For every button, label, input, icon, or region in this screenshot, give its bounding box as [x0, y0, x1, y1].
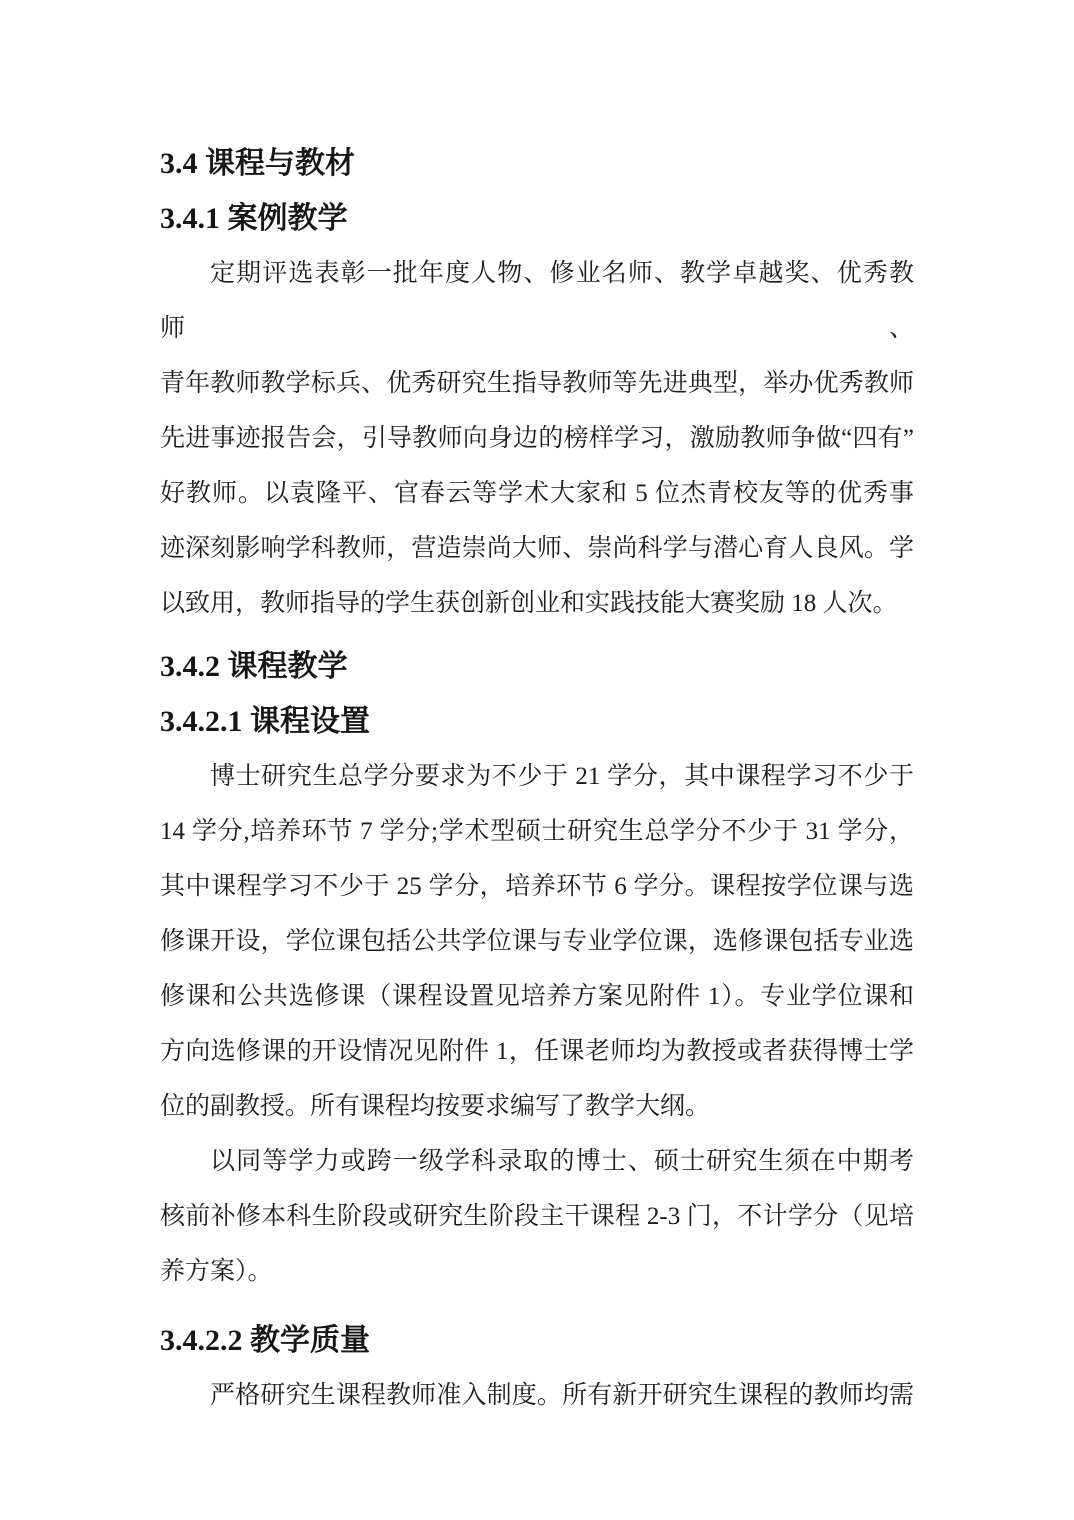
supplement-line-2: 核前补修本科生阶段或研究生阶段主干课程 2-3 门，不计学分（见培: [160, 1189, 914, 1244]
supplement-line-1: 以同等学力或跨一级学科录取的博士、硕士研究生须在中期考: [160, 1134, 914, 1189]
heading-3-4-1: 3.4.1 案例教学: [160, 191, 914, 246]
case-teaching-line-4: 好教师。以袁隆平、官春云等学术大家和 5 位杰青校友等的优秀事: [160, 466, 914, 521]
case-teaching-line-3: 先进事迹报告会，引导教师向身边的榜样学习，激励教师争做“四有”: [160, 411, 914, 466]
heading-3-4-2-1: 3.4.2.1 课程设置: [160, 694, 914, 749]
course-setup-line-4: 修课开设，学位课包括公共学位课与专业学位课，选修课包括专业选: [160, 914, 914, 969]
heading-3-4-2-2: 3.4.2.2 教学质量: [160, 1313, 914, 1368]
case-teaching-line-6: 以致用，教师指导的学生获创新创业和实践技能大赛奖励 18 人次。: [160, 576, 914, 631]
course-setup-line-6: 方向选修课的开设情况见附件 1，任课老师均为教授或者获得博士学: [160, 1024, 914, 1079]
course-setup-line-1: 博士研究生总学分要求为不少于 21 学分，其中课程学习不少于: [160, 749, 914, 804]
case-teaching-line-1: 定期评选表彰一批年度人物、修业名师、教学卓越奖、优秀教师、: [160, 246, 914, 356]
heading-3-4-2: 3.4.2 课程教学: [160, 639, 914, 694]
course-setup-line-3: 其中课程学习不少于 25 学分，培养环节 6 学分。课程按学位课与选: [160, 859, 914, 914]
course-setup-line-5: 修课和公共选修课（课程设置见培养方案见附件 1）。专业学位课和: [160, 969, 914, 1024]
supplement-line-3: 养方案）。: [160, 1244, 914, 1299]
teaching-quality-line-1: 严格研究生课程教师准入制度。所有新开研究生课程的教师均需: [160, 1368, 914, 1423]
course-setup-line-7: 位的副教授。所有课程均按要求编写了教学大纲。: [160, 1079, 914, 1134]
case-teaching-line-2: 青年教师教学标兵、优秀研究生指导教师等先进典型，举办优秀教师: [160, 356, 914, 411]
document-page: 3.4 课程与教材 3.4.1 案例教学 定期评选表彰一批年度人物、修业名师、教…: [0, 0, 1074, 1520]
course-setup-line-2: 14 学分,培养环节 7 学分;学术型硕士研究生总学分不少于 31 学分，: [160, 804, 914, 859]
case-teaching-line-5: 迹深刻影响学科教师，营造崇尚大师、崇尚科学与潜心育人良风。学: [160, 521, 914, 576]
heading-3-4: 3.4 课程与教材: [160, 136, 914, 191]
